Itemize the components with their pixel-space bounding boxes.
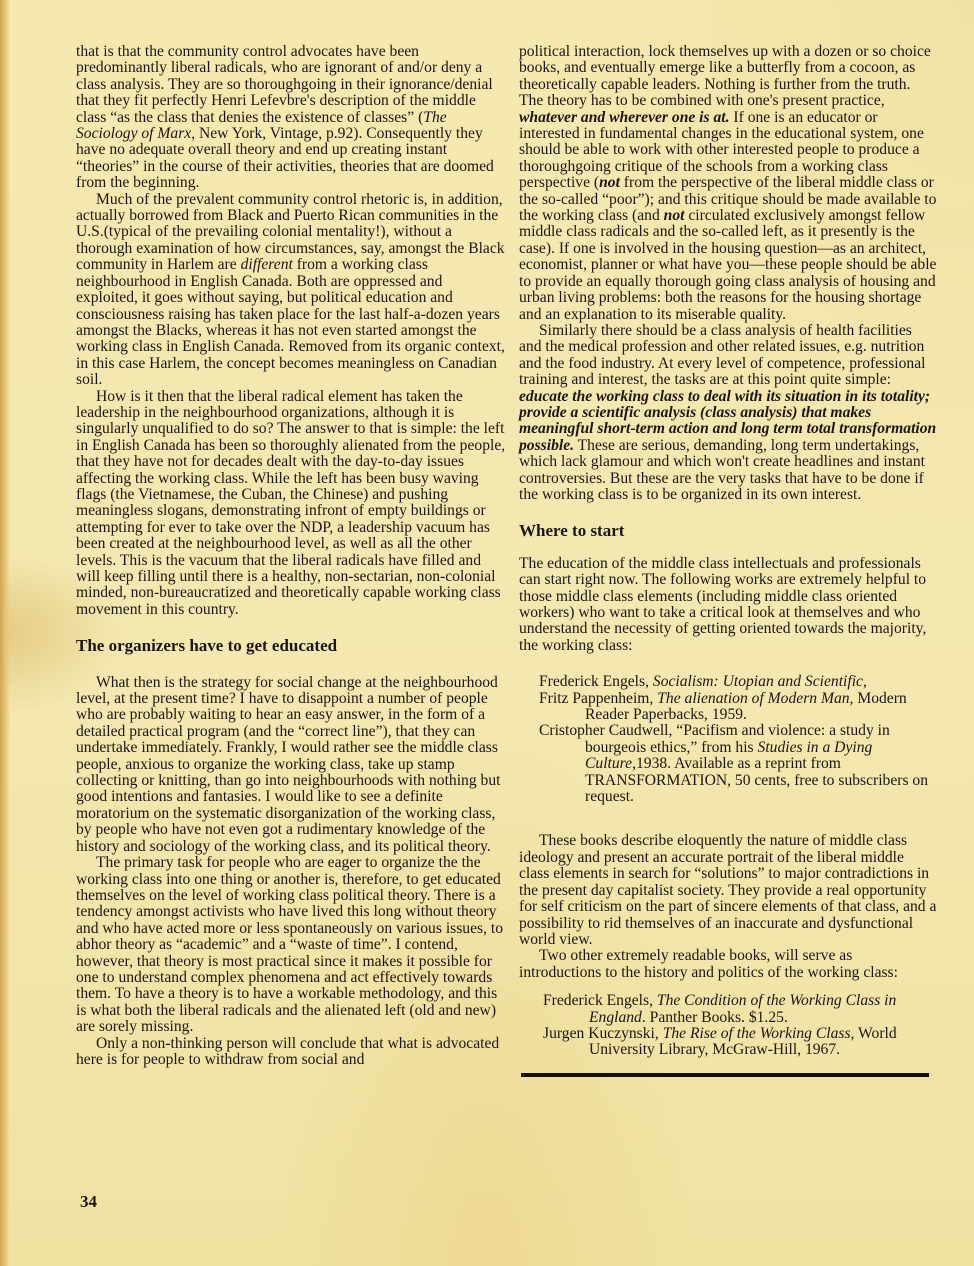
section-heading: Where to start (519, 523, 937, 539)
section-heading: The organizers have to get educated (76, 638, 506, 654)
paragraph: Similarly there should be a class analys… (519, 323, 937, 503)
paragraph: What then is the strategy for social cha… (76, 675, 506, 855)
paragraph: Only a non-thinking person will conclude… (76, 1036, 506, 1069)
bibliography-entry: Fritz Pappenheim, The alienation of Mode… (539, 691, 937, 724)
end-rule (521, 1073, 929, 1077)
paragraph: Much of the prevalent community control … (76, 192, 506, 389)
bibliography-entry: Frederick Engels, Socialism: Utopian and… (539, 674, 937, 690)
paragraph: political interaction, lock themselves u… (519, 44, 937, 323)
paragraph: Two other extremely readable books, will… (519, 948, 937, 981)
paragraph: These books describe eloquently the natu… (519, 833, 937, 948)
paragraph: The education of the middle class intell… (519, 556, 937, 654)
paragraph: How is it then that the liberal radical … (76, 389, 506, 619)
left-column: that is that the community control advoc… (76, 44, 506, 1068)
right-column: political interaction, lock themselves u… (519, 44, 937, 1077)
bibliography-list: Frederick Engels, The Condition of the W… (543, 993, 937, 1059)
paragraph: The primary task for people who are eage… (76, 855, 506, 1035)
bibliography-entry: Frederick Engels, The Condition of the W… (543, 993, 937, 1026)
page-edge (0, 0, 10, 1266)
emphasis: whatever and wherever one is at. (519, 109, 730, 126)
paragraph: that is that the community control advoc… (76, 44, 506, 192)
emphasis: different (241, 256, 293, 273)
emphasis: not (599, 174, 620, 191)
emphasis: not (664, 207, 685, 224)
bibliography-list: Frederick Engels, Socialism: Utopian and… (539, 674, 937, 805)
bibliography-entry: Jurgen Kuczynski, The Rise of the Workin… (543, 1026, 937, 1059)
page-number: 34 (80, 1192, 97, 1212)
bibliography-entry: Cristopher Caudwell, “Pacifism and viole… (539, 723, 937, 805)
